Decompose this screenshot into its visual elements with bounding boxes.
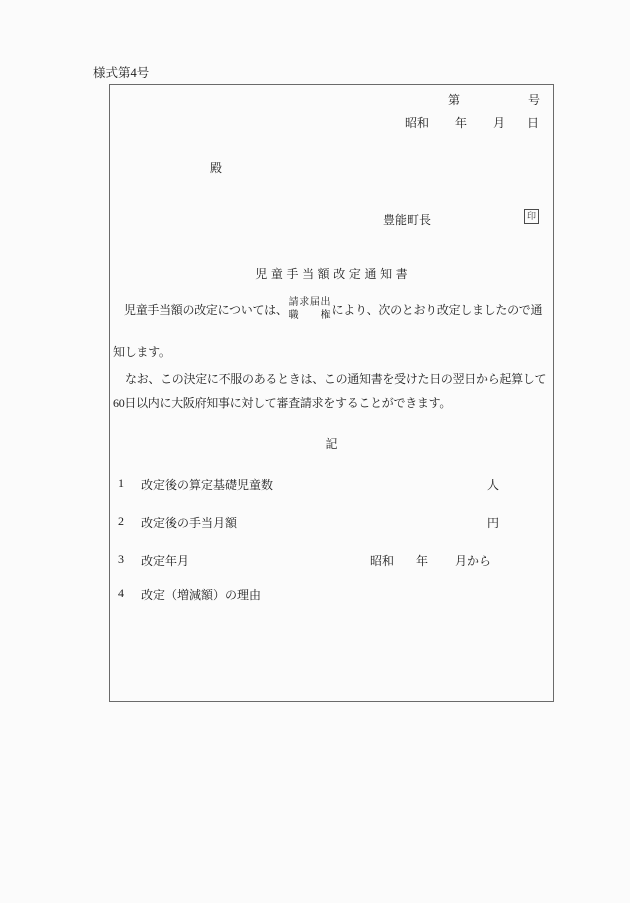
paragraph1-line2: 知します。 [113, 343, 171, 360]
document-title: 児童手当額改定通知書 [110, 265, 553, 282]
paragraph2-line1: なお、この決定に不服のあるときは、この通知書を受けた日の翌日から起算して [113, 370, 546, 387]
document-page: 様式第4号 第 号 昭和 年 月 日 殿 豊能町長 印 児童手当額改定通知書 児… [0, 0, 630, 903]
document-border-box: 第 号 昭和 年 月 日 殿 豊能町長 印 児童手当額改定通知書 児童手当額の改… [109, 84, 554, 702]
date-day-label: 日 [527, 114, 539, 131]
paragraph1-before-text: 児童手当額の改定については、 [124, 301, 288, 318]
item3-label: 改定年月 [141, 552, 189, 569]
item3-month-from: 月から [455, 552, 491, 569]
doc-number-suffix: 号 [528, 91, 540, 108]
paragraph2-line2: 60日以内に大阪府知事に対して審査請求をすることができます。 [113, 394, 451, 411]
item1-number: 1 [118, 476, 124, 491]
item3-era: 昭和 [370, 552, 394, 569]
item1-label: 改定後の算定基礎児童数 [141, 476, 273, 493]
seal-mark: 印 [524, 209, 539, 224]
date-era: 昭和 [405, 114, 429, 131]
item4-number: 4 [118, 586, 124, 601]
date-year-label: 年 [455, 114, 467, 131]
item3-number: 3 [118, 552, 124, 567]
issuer-name: 豊能町長 [383, 211, 431, 228]
item2-unit: 円 [487, 514, 499, 531]
date-month-label: 月 [493, 114, 505, 131]
record-heading: 記 [110, 435, 553, 452]
item2-label: 改定後の手当月額 [141, 514, 237, 531]
item1-unit: 人 [487, 476, 499, 493]
form-number-label: 様式第4号 [93, 63, 149, 81]
request-or-authority-stack: 請求届出 職 権 [289, 297, 331, 322]
item2-number: 2 [118, 514, 124, 529]
item4-label: 改定（増減額）の理由 [141, 586, 261, 603]
stack-top-text: 請求届出 [289, 297, 331, 310]
paragraph1-line1: 児童手当額の改定については、 請求届出 職 権 により、次のとおり改定しましたの… [124, 297, 542, 322]
paragraph1-after-text: により、次のとおり改定しましたので通 [332, 301, 543, 318]
stack-bottom-text: 職 権 [289, 310, 331, 323]
addressee-honorific: 殿 [210, 159, 222, 176]
item3-year: 年 [416, 552, 428, 569]
doc-number-prefix: 第 [448, 91, 460, 108]
